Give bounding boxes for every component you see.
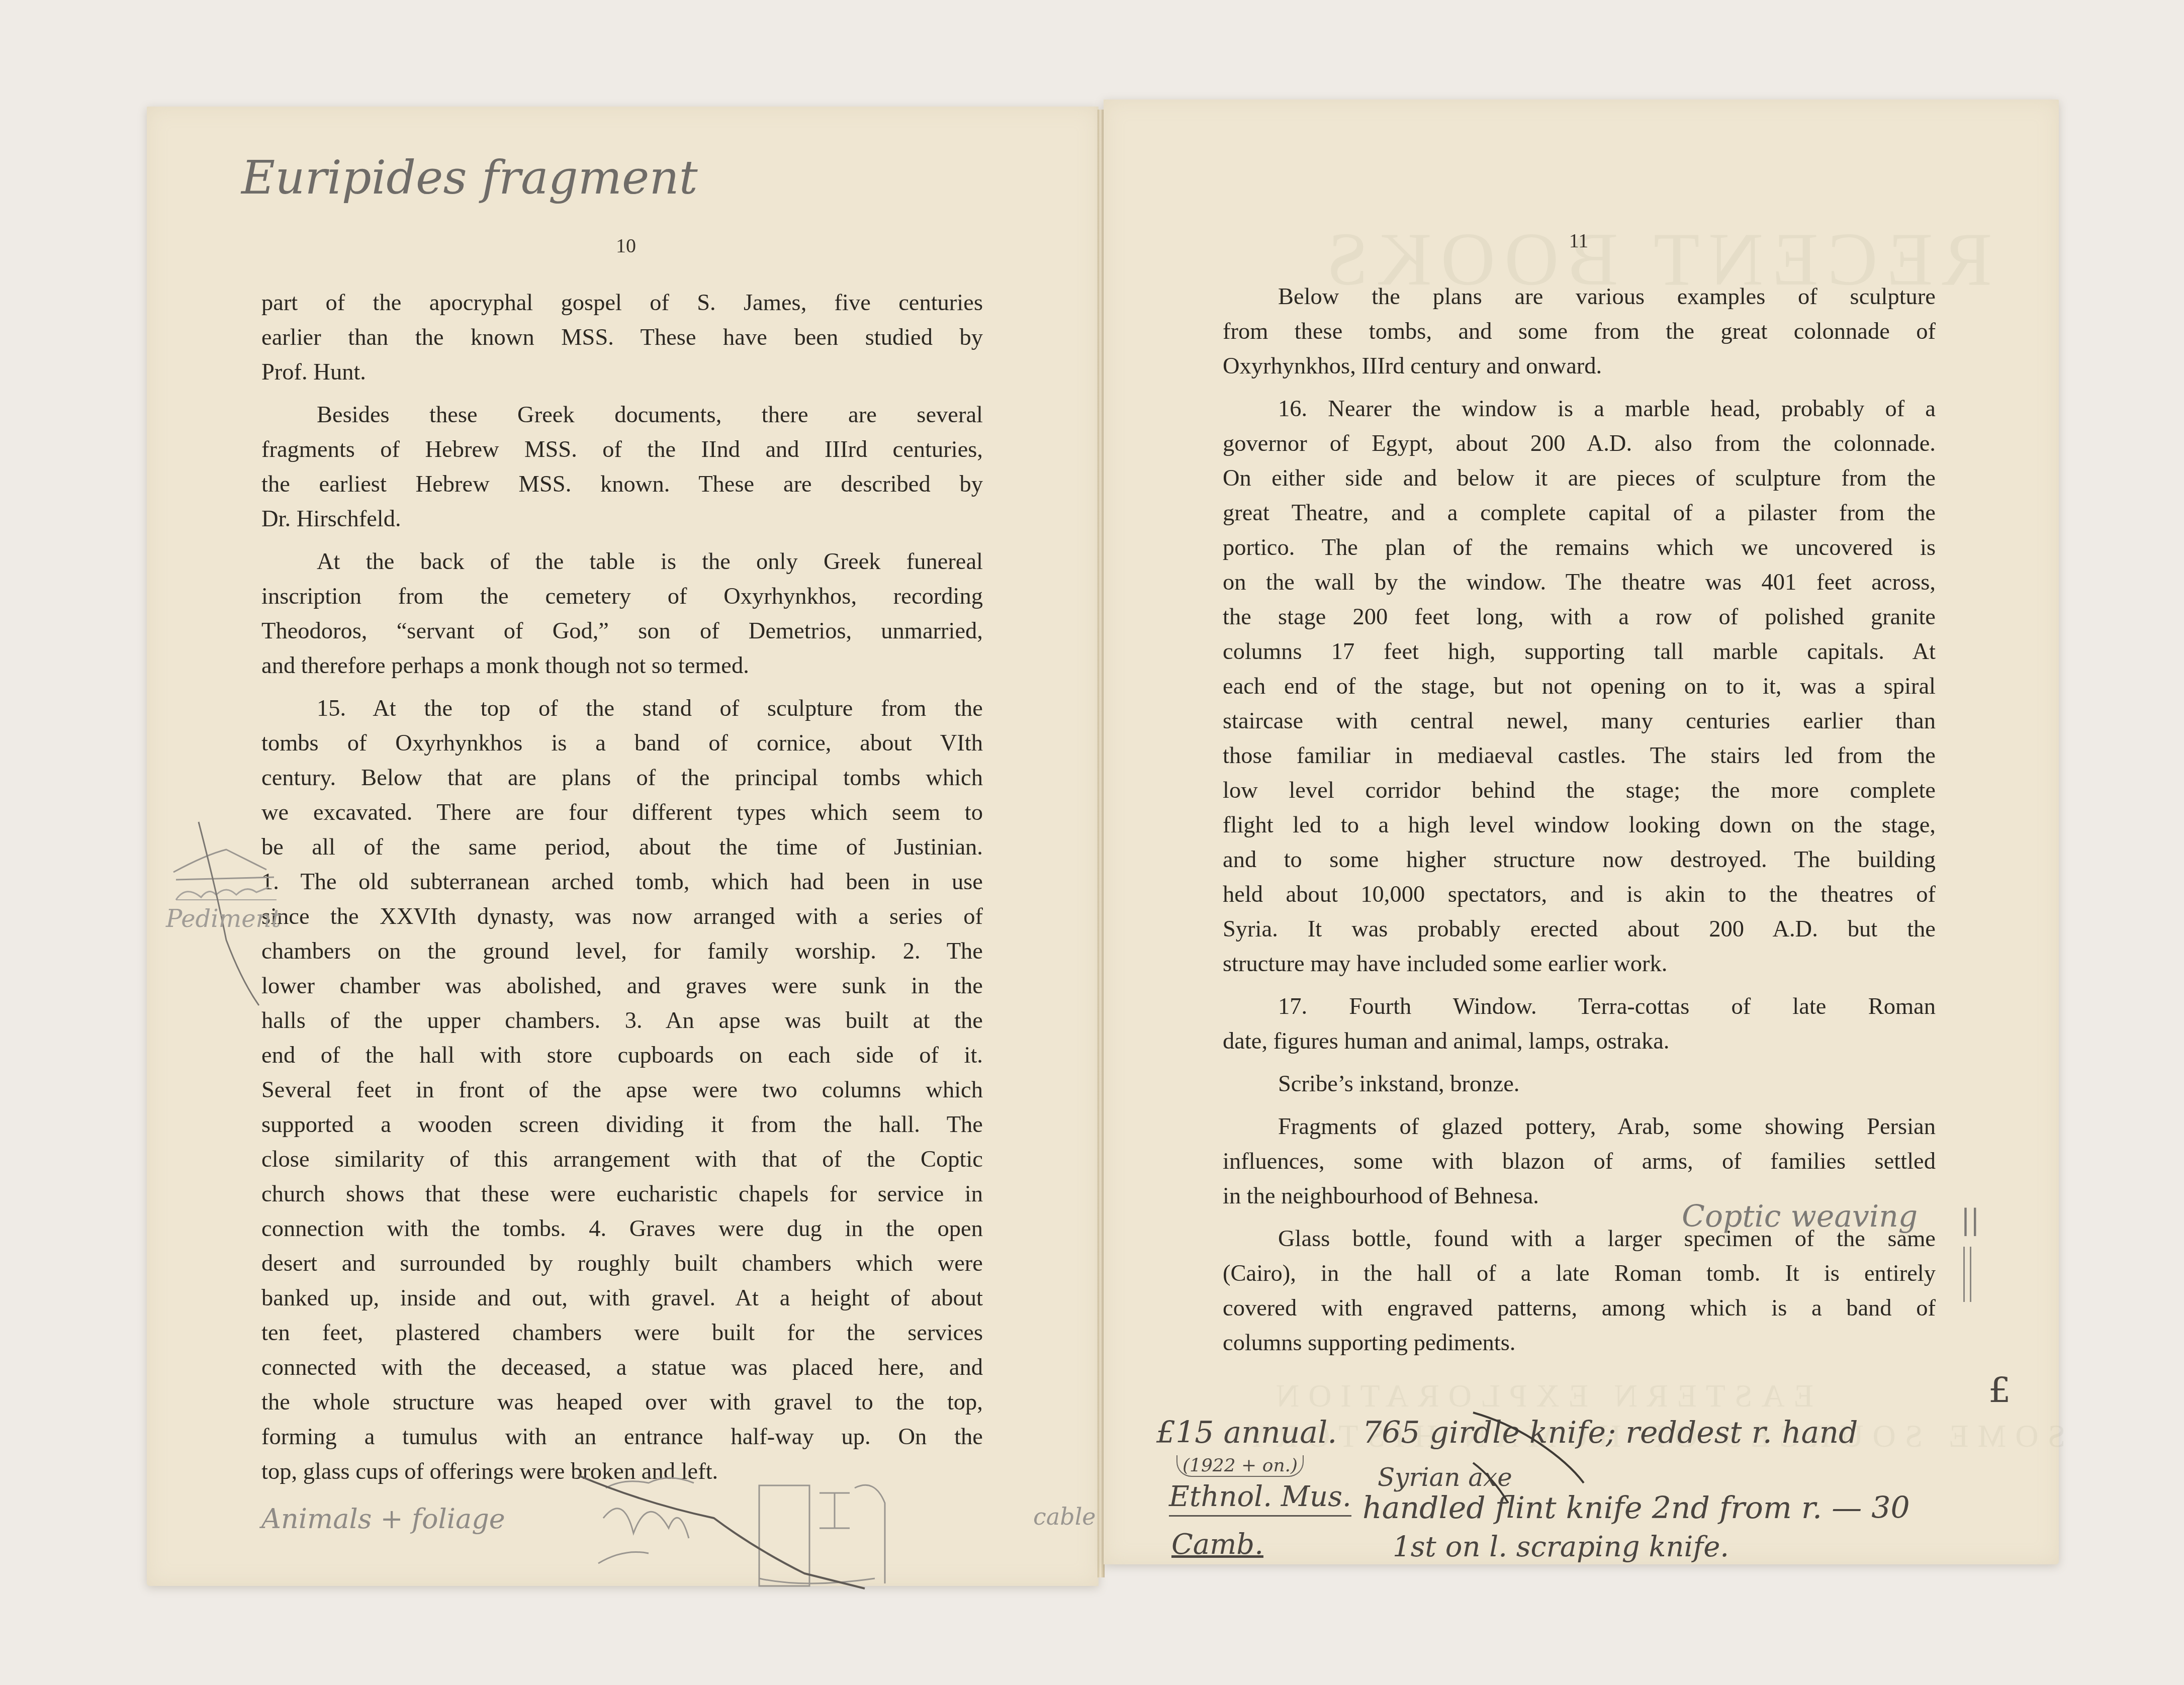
handwritten-title: Euripides fragment xyxy=(241,151,698,205)
text-line: each end of the stage, but not opening o… xyxy=(1223,669,1936,704)
paragraph: 15. At the top of the stand of sculpture… xyxy=(261,691,983,1489)
text-line: part of the apocryphal gospel of S. Jame… xyxy=(261,286,983,320)
paragraph: Fragments of glazed pottery, Arab, some … xyxy=(1223,1109,1936,1213)
frieze-sketch-icon xyxy=(593,1473,1026,1594)
text-line: columns supporting pediments. xyxy=(1223,1326,1936,1360)
text-line: desert and surrounded by roughly built c… xyxy=(261,1246,983,1281)
text-line: fragments of Hebrew MSS. of the IInd and… xyxy=(261,432,983,467)
left-page-body: part of the apocryphal gospel of S. Jame… xyxy=(261,286,983,1497)
annotation-year: (1922 + on.) xyxy=(1176,1455,1304,1477)
margin-note-pound-sign: £ xyxy=(1988,1370,2011,1411)
annotation-item-line-3: handled flint knife 2nd from r. — 30 xyxy=(1362,1490,1910,1526)
text-line: be all of the same period, about the tim… xyxy=(261,830,983,865)
annotation-price: £15 annual. xyxy=(1156,1415,1337,1450)
text-line: the whole structure was heaped over with… xyxy=(261,1385,983,1420)
text-line: chambers on the ground level, for family… xyxy=(261,934,983,969)
text-line: forming a tumulus with an entrance half-… xyxy=(261,1420,983,1454)
text-line: 17. Fourth Window. Terra-cottas of late … xyxy=(1223,989,1936,1024)
text-line: columns 17 feet high, supporting tall ma… xyxy=(1223,634,1936,669)
text-line: Theodoros, “servant of God,” son of Deme… xyxy=(261,614,983,648)
margin-mark-vertical-bar xyxy=(1963,1247,1971,1302)
paragraph: Besides these Greek documents, there are… xyxy=(261,398,983,536)
margin-note-cable: cable xyxy=(1033,1503,1096,1530)
text-line: 15. At the top of the stand of sculpture… xyxy=(261,691,983,726)
pediment-sketch-icon xyxy=(161,799,282,990)
text-line: structure may have included some earlier… xyxy=(1223,947,1936,981)
page-number-left: 10 xyxy=(596,234,656,257)
text-line: (Cairo), in the hall of a late Roman tom… xyxy=(1223,1256,1936,1291)
text-line: low level corridor behind the stage; the… xyxy=(1223,773,1936,808)
text-line: on the wall by the window. The theatre w… xyxy=(1223,565,1936,600)
text-line: Fragments of glazed pottery, Arab, some … xyxy=(1223,1109,1936,1144)
text-line: ten feet, plastered chambers were built … xyxy=(261,1316,983,1350)
text-line: earlier than the known MSS. These have b… xyxy=(261,320,983,355)
margin-note-pediment: Pediment xyxy=(166,905,281,933)
text-line: since the XXVIth dynasty, was now arrang… xyxy=(261,899,983,934)
margin-note-animals-foliage: Animals + foliage xyxy=(261,1503,505,1535)
text-line: 16. Nearer the window is a marble head, … xyxy=(1223,392,1936,426)
text-line: church shows that these were eucharistic… xyxy=(261,1177,983,1211)
text-line: date, figures human and animal, lamps, o… xyxy=(1223,1024,1936,1059)
text-line: great Theatre, and a complete capital of… xyxy=(1223,496,1936,530)
text-line: the earliest Hebrew MSS. known. These ar… xyxy=(261,467,983,502)
text-line: halls of the upper chambers. 3. An apse … xyxy=(261,1003,983,1038)
text-line: Below the plans are various examples of … xyxy=(1223,279,1936,314)
annotation-museum: Ethnol. Mus. xyxy=(1169,1480,1351,1517)
text-line: portico. The plan of the remains which w… xyxy=(1223,530,1936,565)
page-number-right: 11 xyxy=(1549,229,1609,252)
text-line: At the back of the table is the only Gre… xyxy=(261,544,983,579)
text-line: lower chamber was abolished, and graves … xyxy=(261,969,983,1003)
text-line: Scribe’s inkstand, bronze. xyxy=(1223,1067,1936,1101)
text-line: supported a wooden screen dividing it fr… xyxy=(261,1107,983,1142)
margin-note-coptic-weaving: Coptic weaving xyxy=(1682,1199,1918,1234)
margin-mark-double-bar: || xyxy=(1961,1204,1980,1237)
paragraph: Below the plans are various examples of … xyxy=(1223,279,1936,384)
text-line: Besides these Greek documents, there are… xyxy=(261,398,983,432)
text-line: influences, some with blazon of arms, of… xyxy=(1223,1144,1936,1179)
text-line: Oxyrhynkhos, IIIrd century and onward. xyxy=(1223,349,1936,384)
paragraph: 17. Fourth Window. Terra-cottas of late … xyxy=(1223,989,1936,1059)
text-line: and to some higher structure now destroy… xyxy=(1223,843,1936,877)
text-line: tombs of Oxyrhynkhos is a band of cornic… xyxy=(261,726,983,761)
text-line: connection with the tombs. 4. Graves wer… xyxy=(261,1211,983,1246)
text-line: Prof. Hunt. xyxy=(261,355,983,390)
text-line: Dr. Hirschfeld. xyxy=(261,502,983,536)
paragraph: part of the apocryphal gospel of S. Jame… xyxy=(261,286,983,390)
text-line: held about 10,000 spectators, and is aki… xyxy=(1223,877,1936,912)
text-line: close similarity of this arrangement wit… xyxy=(261,1142,983,1177)
paragraph: Scribe’s inkstand, bronze. xyxy=(1223,1067,1936,1101)
text-line: Several feet in front of the apse were t… xyxy=(261,1073,983,1107)
text-line: and therefore perhaps a monk though not … xyxy=(261,648,983,683)
paragraph: 16. Nearer the window is a marble head, … xyxy=(1223,392,1936,981)
text-line: the stage 200 feet long, with a row of p… xyxy=(1223,600,1936,634)
text-line: flight led to a high level window lookin… xyxy=(1223,808,1936,843)
text-line: we excavated. There are four different t… xyxy=(261,795,983,830)
paragraph: Glass bottle, found with a larger specim… xyxy=(1223,1222,1936,1360)
text-line: 1. The old subterranean arched tomb, whi… xyxy=(261,865,983,899)
text-line: end of the hall with store cupboards on … xyxy=(261,1038,983,1073)
annotation-place: Camb. xyxy=(1171,1528,1263,1561)
text-line: On either side and below it are pieces o… xyxy=(1223,461,1936,496)
text-line: governor of Egypt, about 200 A.D. also f… xyxy=(1223,426,1936,461)
text-line: Syria. It was probably erected about 200… xyxy=(1223,912,1936,947)
paragraph: At the back of the table is the only Gre… xyxy=(261,544,983,683)
text-line: banked up, inside and out, with gravel. … xyxy=(261,1281,983,1316)
text-line: covered with engraved patterns, among wh… xyxy=(1223,1291,1936,1326)
text-line: those familiar in mediaeval castles. The… xyxy=(1223,738,1936,773)
text-line: inscription from the cemetery of Oxyrhyn… xyxy=(261,579,983,614)
text-line: century. Below that are plans of the pri… xyxy=(261,761,983,795)
strike-through-mark-icon xyxy=(1468,1408,1629,1508)
text-line: connected with the deceased, a statue wa… xyxy=(261,1350,983,1385)
text-line: from these tombs, and some from the grea… xyxy=(1223,314,1936,349)
annotation-item-line-4: 1st on l. scraping knife. xyxy=(1393,1531,1729,1563)
text-line: staircase with central newel, many centu… xyxy=(1223,704,1936,738)
